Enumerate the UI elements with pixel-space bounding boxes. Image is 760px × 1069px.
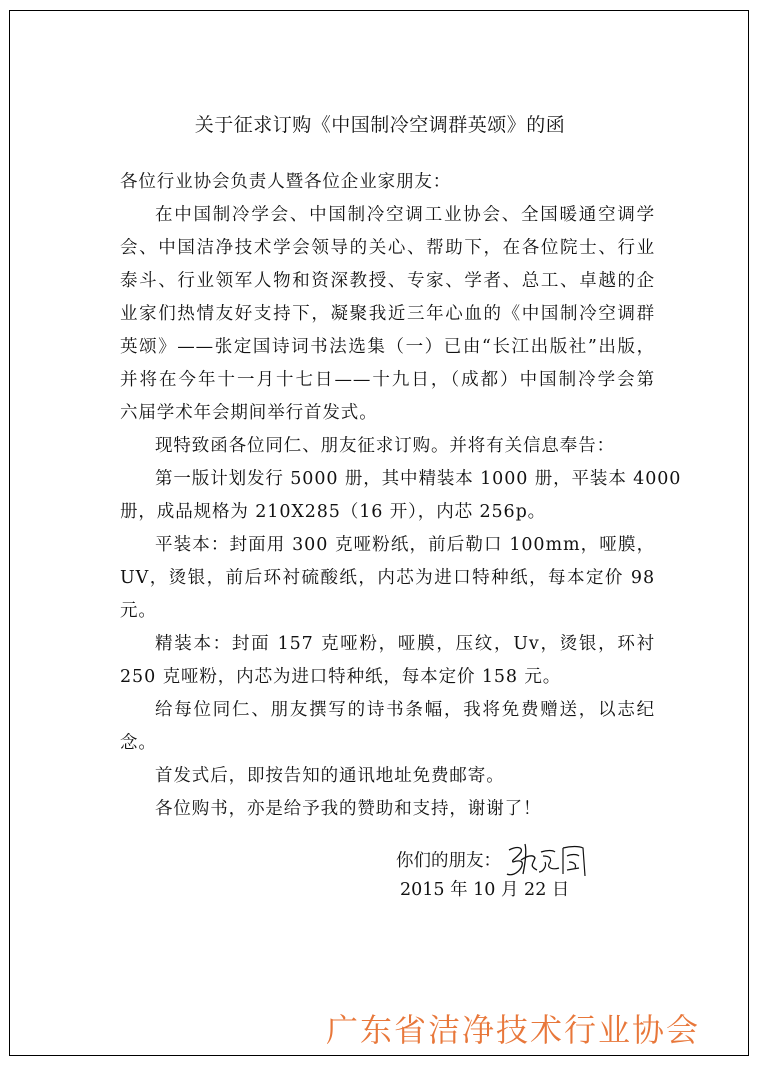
text-line: 会、中国洁净技术学会领导的关心、帮助下，在各位院士、行业: [120, 232, 655, 265]
text-line: 业家们热情友好支持下，凝聚我近三年心血的《中国制冷空调群: [120, 298, 655, 331]
text-line: 在中国制冷学会、中国制冷空调工业协会、全国暖通空调学: [120, 199, 655, 232]
closing-block: 你们的朋友：: [396, 843, 593, 875]
text-line: 元。: [120, 595, 655, 628]
text-line: 精装本：封面 157 克哑粉，哑膜，压纹，Uv，烫银，环衬: [120, 628, 655, 661]
text-line: 泰斗、行业领军人物和资深教授、专家、学者、总工、卓越的企: [120, 265, 655, 298]
letter-body: 各位行业协会负责人暨各位企业家朋友： 在中国制冷学会、中国制冷空调工业协会、全国…: [120, 166, 655, 826]
document-title: 关于征求订购《中国制冷空调群英颂》的函: [0, 110, 760, 137]
text-line: 各位购书，亦是给予我的赞助和支持，谢谢了！: [120, 793, 655, 826]
salutation: 各位行业协会负责人暨各位企业家朋友：: [120, 166, 655, 199]
text-line: 第一版计划发行 5000 册，其中精装本 1000 册，平装本 4000: [120, 463, 655, 496]
text-line: 现特致函各位同仁、朋友征求订购。并将有关信息奉告：: [120, 430, 655, 463]
text-line: 给每位同仁、朋友撰写的诗书条幅，我将免费赠送，以志纪: [120, 694, 655, 727]
organization-name: 广东省洁净技术行业协会: [326, 1005, 700, 1051]
text-line: 六届学术年会期间举行首发式。: [120, 397, 655, 430]
text-line: 250 克哑粉，内芯为进口特种纸，每本定价 158 元。: [120, 661, 655, 694]
text-line: 念。: [120, 727, 655, 760]
text-line: 英颂》——张定国诗词书法选集（一）已由“长江出版社”出版，: [120, 331, 655, 364]
paragraph-lines: 在中国制冷学会、中国制冷空调工业协会、全国暖通空调学会、中国洁净技术学会领导的关…: [120, 199, 655, 826]
letter-date: 2015 年 10 月 22 日: [400, 876, 569, 901]
closing-text: 你们的朋友：: [396, 847, 501, 872]
text-line: UV，烫银，前后环衬硫酸纸，内芯为进口特种纸，每本定价 98: [120, 562, 655, 595]
text-line: 并将在今年十一月十七日——十九日，（成都）中国制冷学会第: [120, 364, 655, 397]
text-line: 首发式后，即按告知的通讯地址免费邮寄。: [120, 760, 655, 793]
signature-icon: [503, 838, 593, 880]
text-line: 册，成品规格为 210X285（16 开），内芯 256p。: [120, 496, 655, 529]
text-line: 平装本：封面用 300 克哑粉纸，前后勒口 100mm，哑膜，: [120, 529, 655, 562]
